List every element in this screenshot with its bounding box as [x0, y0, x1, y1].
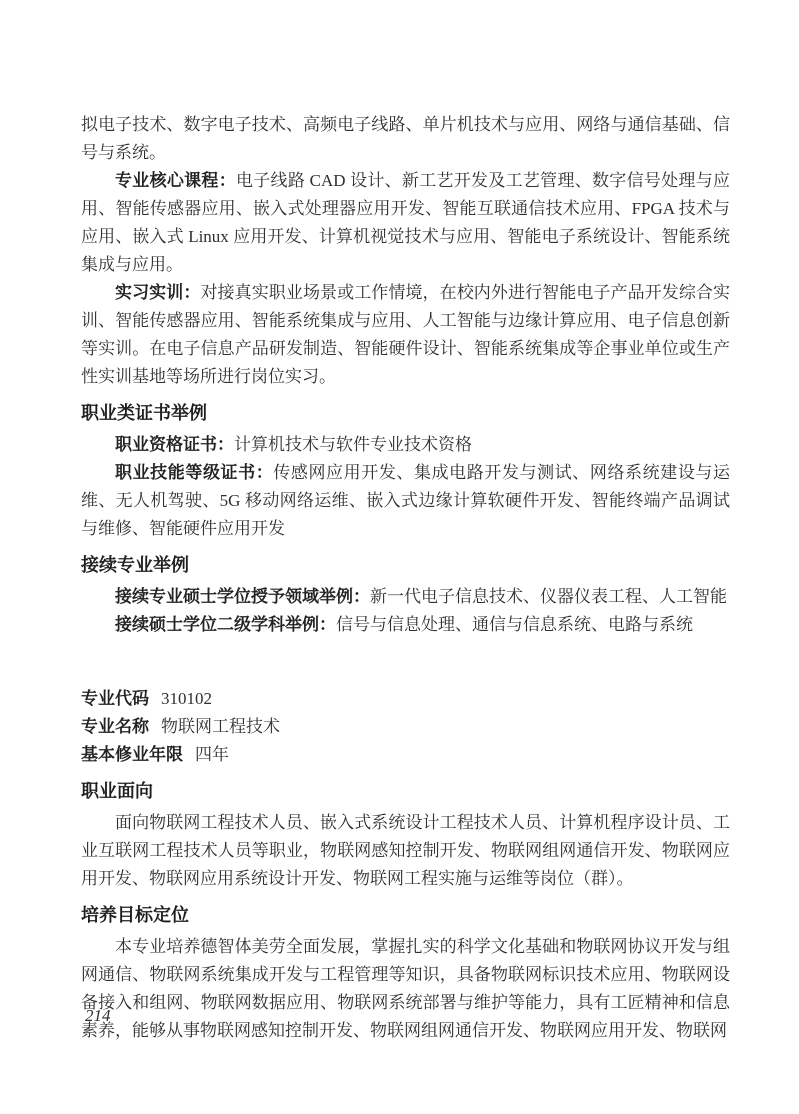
qualification-certificate-line: 职业资格证书：计算机技术与软件专业技术资格	[81, 431, 730, 459]
study-duration-value: 四年	[195, 745, 229, 764]
certificates-heading: 职业类证书举例	[81, 399, 730, 427]
master-disciplines-line: 接续硕士学位二级学科举例：信号与信息处理、通信与信息系统、电路与系统	[81, 611, 730, 639]
major-code-value: 310102	[161, 689, 212, 708]
skill-certificate-paragraph: 职业技能等级证书：传感网应用开发、集成电路开发与测试、网络系统建设与运维、无人机…	[81, 459, 730, 543]
career-orientation-heading: 职业面向	[81, 777, 730, 805]
training-objective-heading: 培养目标定位	[81, 901, 730, 929]
master-fields-line: 接续专业硕士学位授予领域举例：新一代电子信息技术、仪器仪表工程、人工智能	[81, 583, 730, 611]
qualification-certificate-text: 计算机技术与软件专业技术资格	[234, 435, 472, 454]
master-disciplines-text: 信号与信息处理、通信与信息系统、电路与系统	[336, 615, 693, 634]
continued-paragraph: 拟电子技术、数字电子技术、高频电子线路、单片机技术与应用、网络与通信基础、信号与…	[81, 111, 730, 167]
continuing-majors-heading: 接续专业举例	[81, 551, 730, 579]
major-code-line: 专业代码310102	[81, 685, 730, 713]
major-name-value: 物联网工程技术	[161, 717, 280, 736]
document-page: 拟电子技术、数字电子技术、高频电子线路、单片机技术与应用、网络与通信基础、信号与…	[0, 0, 799, 1114]
master-disciplines-label: 接续硕士学位二级学科举例：	[115, 615, 336, 634]
study-duration-line: 基本修业年限四年	[81, 741, 730, 769]
master-fields-label: 接续专业硕士学位授予领域举例：	[115, 587, 370, 606]
master-fields-text: 新一代电子信息技术、仪器仪表工程、人工智能	[370, 587, 727, 606]
qualification-certificate-label: 职业资格证书：	[115, 435, 234, 454]
skill-certificate-label: 职业技能等级证书：	[115, 463, 273, 482]
training-objective-paragraph: 本专业培养德智体美劳全面发展，掌握扎实的科学文化基础和物联网协议开发与组网通信、…	[81, 933, 730, 1045]
core-courses-label: 专业核心课程：	[115, 171, 236, 190]
study-duration-label: 基本修业年限	[81, 745, 183, 764]
internship-label: 实习实训：	[115, 283, 200, 302]
internship-paragraph: 实习实训：对接真实职业场景或工作情境，在校内外进行智能电子产品开发综合实训、智能…	[81, 279, 730, 391]
major-meta-block: 专业代码310102 专业名称物联网工程技术 基本修业年限四年	[81, 685, 730, 769]
page-content: 拟电子技术、数字电子技术、高频电子线路、单片机技术与应用、网络与通信基础、信号与…	[81, 111, 730, 1045]
career-orientation-paragraph: 面向物联网工程技术人员、嵌入式系统设计工程技术人员、计算机程序设计员、工业互联网…	[81, 809, 730, 893]
major-name-label: 专业名称	[81, 717, 149, 736]
core-courses-paragraph: 专业核心课程：电子线路 CAD 设计、新工艺开发及工艺管理、数字信号处理与应用、…	[81, 167, 730, 279]
page-number: 214	[85, 1006, 111, 1026]
major-name-line: 专业名称物联网工程技术	[81, 713, 730, 741]
major-code-label: 专业代码	[81, 689, 149, 708]
